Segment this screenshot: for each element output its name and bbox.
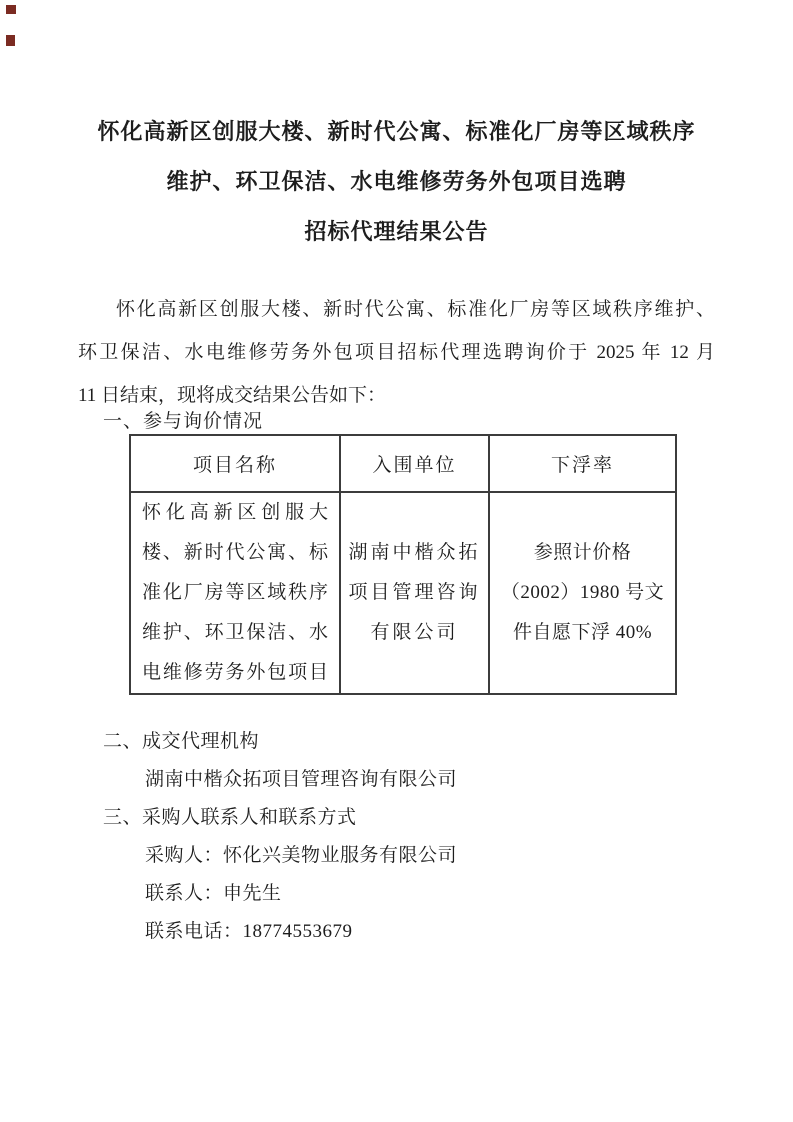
intro-line-2: 环卫保洁、水电维修劳务外包项目招标代理选聘询价于 2025 年 12 月	[78, 331, 715, 374]
inquiry-table: 项目名称 入围单位 下浮率 怀化高新区创服大 楼、新时代公寓、标 准化厂房等区域…	[129, 434, 677, 695]
project-name-cell: 怀化高新区创服大 楼、新时代公寓、标 准化厂房等区域秩序 维护、环卫保洁、水 电…	[130, 492, 340, 694]
project-name-line-2: 楼、新时代公寓、标	[142, 533, 328, 573]
shortlisted-unit-line-2: 项目管理咨询	[341, 573, 488, 613]
document-title: 怀化高新区创服大楼、新时代公寓、标准化厂房等区域秩序 维护、环卫保洁、水电维修劳…	[0, 107, 793, 257]
section-1-heading: 一、参与询价情况	[103, 406, 263, 433]
discount-rate-cell: 参照计价格 （2002）1980 号文 件自愿下浮 40%	[489, 492, 676, 694]
discount-rate-line-1: 参照计价格	[490, 533, 675, 573]
document-title-line-2: 维护、环卫保洁、水电维修劳务外包项目选聘	[0, 157, 793, 207]
section-2-heading: 二、成交代理机构	[103, 723, 457, 761]
document-title-line-3: 招标代理结果公告	[0, 207, 793, 257]
intro-line-1: 怀化高新区创服大楼、新时代公寓、标准化厂房等区域秩序维护、	[78, 288, 715, 331]
bottom-sections: 二、成交代理机构 湖南中楷众拓项目管理咨询有限公司 三、采购人联系人和联系方式 …	[103, 723, 457, 951]
contact-person-line: 联系人：申先生	[103, 875, 457, 913]
shortlisted-unit-line-3: 有限公司	[341, 613, 488, 653]
col-header-project-name: 项目名称	[130, 435, 340, 492]
document-title-line-1: 怀化高新区创服大楼、新时代公寓、标准化厂房等区域秩序	[0, 107, 793, 157]
intro-paragraph: 怀化高新区创服大楼、新时代公寓、标准化厂房等区域秩序维护、 环卫保洁、水电维修劳…	[78, 288, 715, 417]
shortlisted-unit-line-1: 湖南中楷众拓	[341, 533, 488, 573]
discount-rate-line-2: （2002）1980 号文	[490, 573, 675, 613]
project-name-line-5: 电维修劳务外包项目	[142, 653, 328, 693]
agency-name: 湖南中楷众拓项目管理咨询有限公司	[103, 761, 457, 799]
red-corner-mark-1	[6, 5, 16, 14]
red-corner-mark-2	[6, 35, 15, 46]
inquiry-table-header-row: 项目名称 入围单位 下浮率	[130, 435, 676, 492]
contact-phone-line: 联系电话：18774553679	[103, 913, 457, 951]
document-page: 怀化高新区创服大楼、新时代公寓、标准化厂房等区域秩序 维护、环卫保洁、水电维修劳…	[0, 0, 793, 1122]
discount-rate-line-3: 件自愿下浮 40%	[490, 613, 675, 653]
col-header-discount-rate: 下浮率	[489, 435, 676, 492]
inquiry-table-data-row: 怀化高新区创服大 楼、新时代公寓、标 准化厂房等区域秩序 维护、环卫保洁、水 电…	[130, 492, 676, 694]
project-name-line-3: 准化厂房等区域秩序	[142, 573, 328, 613]
section-3-heading: 三、采购人联系人和联系方式	[103, 799, 457, 837]
shortlisted-unit-cell: 湖南中楷众拓 项目管理咨询 有限公司	[340, 492, 489, 694]
col-header-shortlisted-unit: 入围单位	[340, 435, 489, 492]
project-name-line-4: 维护、环卫保洁、水	[142, 613, 328, 653]
project-name-line-1: 怀化高新区创服大	[142, 493, 328, 533]
purchaser-line: 采购人：怀化兴美物业服务有限公司	[103, 837, 457, 875]
